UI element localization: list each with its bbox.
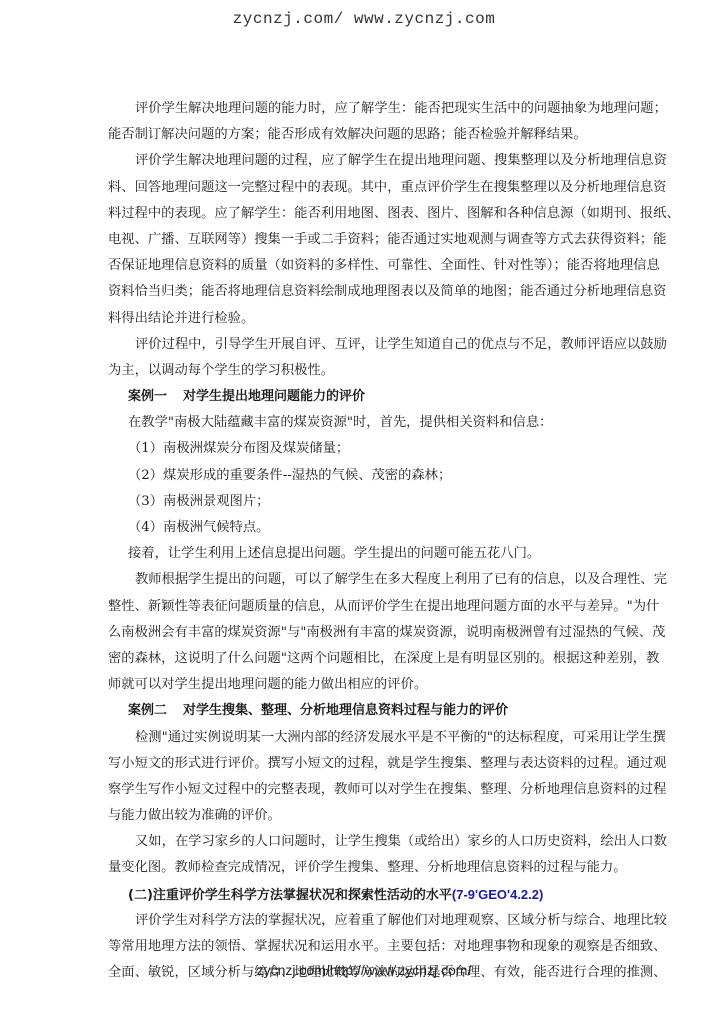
text-line: 资料恰当归类；能否将地理信息资料绘制成地理图表以及简单的地图；能否通过分析地理信… [108,279,618,305]
case1-label: 案例一 [128,389,167,404]
document-body: 评价学生解决地理问题的能力时，应了解学生：能否把现实生活中的问题抽象为地理问题；… [108,96,618,986]
text-line: 密的森林，这说明了什么问题"这两个问题相比，在深度上是有明显区别的。根据这种差别… [108,646,618,672]
case1-intro: 在教学"南极大陆蕴藏丰富的煤炭资源"时，首先，提供相关资料和信息： [108,410,618,436]
text-line: 么南极洲会有丰富的煤炭资源"与"南极洲有丰富的煤炭资源，说明南极洲曾有过湿热的气… [108,620,618,646]
text-line: 料得出结论并进行检验。 [108,306,618,332]
page-footer-watermark: zycnzj.com/http://www.zycnzj.com/ [0,962,728,978]
text-line: 师就可以对学生提出地理问题的能力做出相应的评价。 [108,672,618,698]
list-item: （4）南极洲气候特点。 [108,515,618,541]
text-line: 否保证地理信息资料的质量（如资料的多样性、可靠性、全面性、针对性等）；能否将地理… [108,253,618,279]
standard-code: (7-9'GEO'4.2.2) [452,887,543,902]
text-line: 评价学生解决地理问题的过程，应了解学生在提出地理问题、搜集整理以及分析地理信息资 [108,148,618,174]
text-line: 与能力做出较为准确的评价。 [108,803,618,829]
text-line: 等常用地理方法的领悟、掌握状况和运用水平。主要包括：对地理事物和现象的观察是否细… [108,934,618,960]
section2-heading-text: (二)注重评价学生科学方法掌握状况和探索性活动的水平 [128,888,452,903]
text-line: 评价学生对科学方法的掌握状况，应着重了解他们对地理观察、区域分析与综合、地理比较 [108,908,618,934]
text-line: 能否制订解决问题的方案；能否形成有效解决问题的思路；能否检验并解释结果。 [108,122,618,148]
section2-heading: (二)注重评价学生科学方法掌握状况和探索性活动的水平(7-9'GEO'4.2.2… [108,882,618,908]
case2-label: 案例二 [128,703,167,718]
text-line: 写小短文的形式进行评价。撰写小短文的过程，就是学生搜集、整理与表达资料的过程。通… [108,751,618,777]
text-line: 电视、广播、互联网等）搜集一手或二手资料；能否通过实地观测与调查等方式去获得资料… [108,227,618,253]
list-item: （1）南极洲煤炭分布图及煤炭储量； [108,436,618,462]
text-line: 料过程中的表现。应了解学生：能否利用地图、图表、图片、图解和各种信息源（如期刊、… [108,201,618,227]
text-line: 料、回答地理问题这一完整过程中的表现。其中，重点评价学生在搜集整理以及分析地理信… [108,175,618,201]
page-header-watermark: zycnzj.com/ www.zycnzj.com [0,10,728,28]
text-line: 为主，以调动每个学生的学习积极性。 [108,358,618,384]
case1-title: 对学生提出地理问题能力的评价 [183,389,365,404]
case1-heading: 案例一对学生提出地理问题能力的评价 [108,384,618,410]
text-line: 评价学生解决地理问题的能力时，应了解学生：能否把现实生活中的问题抽象为地理问题； [108,96,618,122]
case2-title: 对学生搜集、整理、分析地理信息资料过程与能力的评价 [183,703,508,718]
text-line: 整性、新颖性等表征问题质量的信息，从而评价学生在提出地理问题方面的水平与差异。"… [108,594,618,620]
case2-heading: 案例二对学生搜集、整理、分析地理信息资料过程与能力的评价 [108,698,618,724]
text-line: 教师根据学生提出的问题，可以了解学生在多大程度上利用了已有的信息，以及合理性、完 [108,567,618,593]
text-line: 接着，让学生利用上述信息提出问题。学生提出的问题可能五花八门。 [108,541,618,567]
text-line: 又如，在学习家乡的人口问题时，让学生搜集（或给出）家乡的人口历史资料，绘出人口数 [108,829,618,855]
text-line: 评价过程中，引导学生开展自评、互评，让学生知道自己的优点与不足，教师评语应以鼓励 [108,332,618,358]
list-item: （2）煤炭形成的重要条件--湿热的气候、茂密的森林； [108,463,618,489]
text-line: 察学生写作小短文过程中的完整表现，教师可以对学生在搜集、整理、分析地理信息资料的… [108,777,618,803]
text-line: 量变化图。教师检查完成情况，评价学生搜集、整理、分析地理信息资料的过程与能力。 [108,855,618,881]
list-item: （3）南极洲景观图片； [108,489,618,515]
text-line: 检测"通过实例说明某一大洲内部的经济发展水平是不平衡的"的达标程度，可采用让学生… [108,725,618,751]
